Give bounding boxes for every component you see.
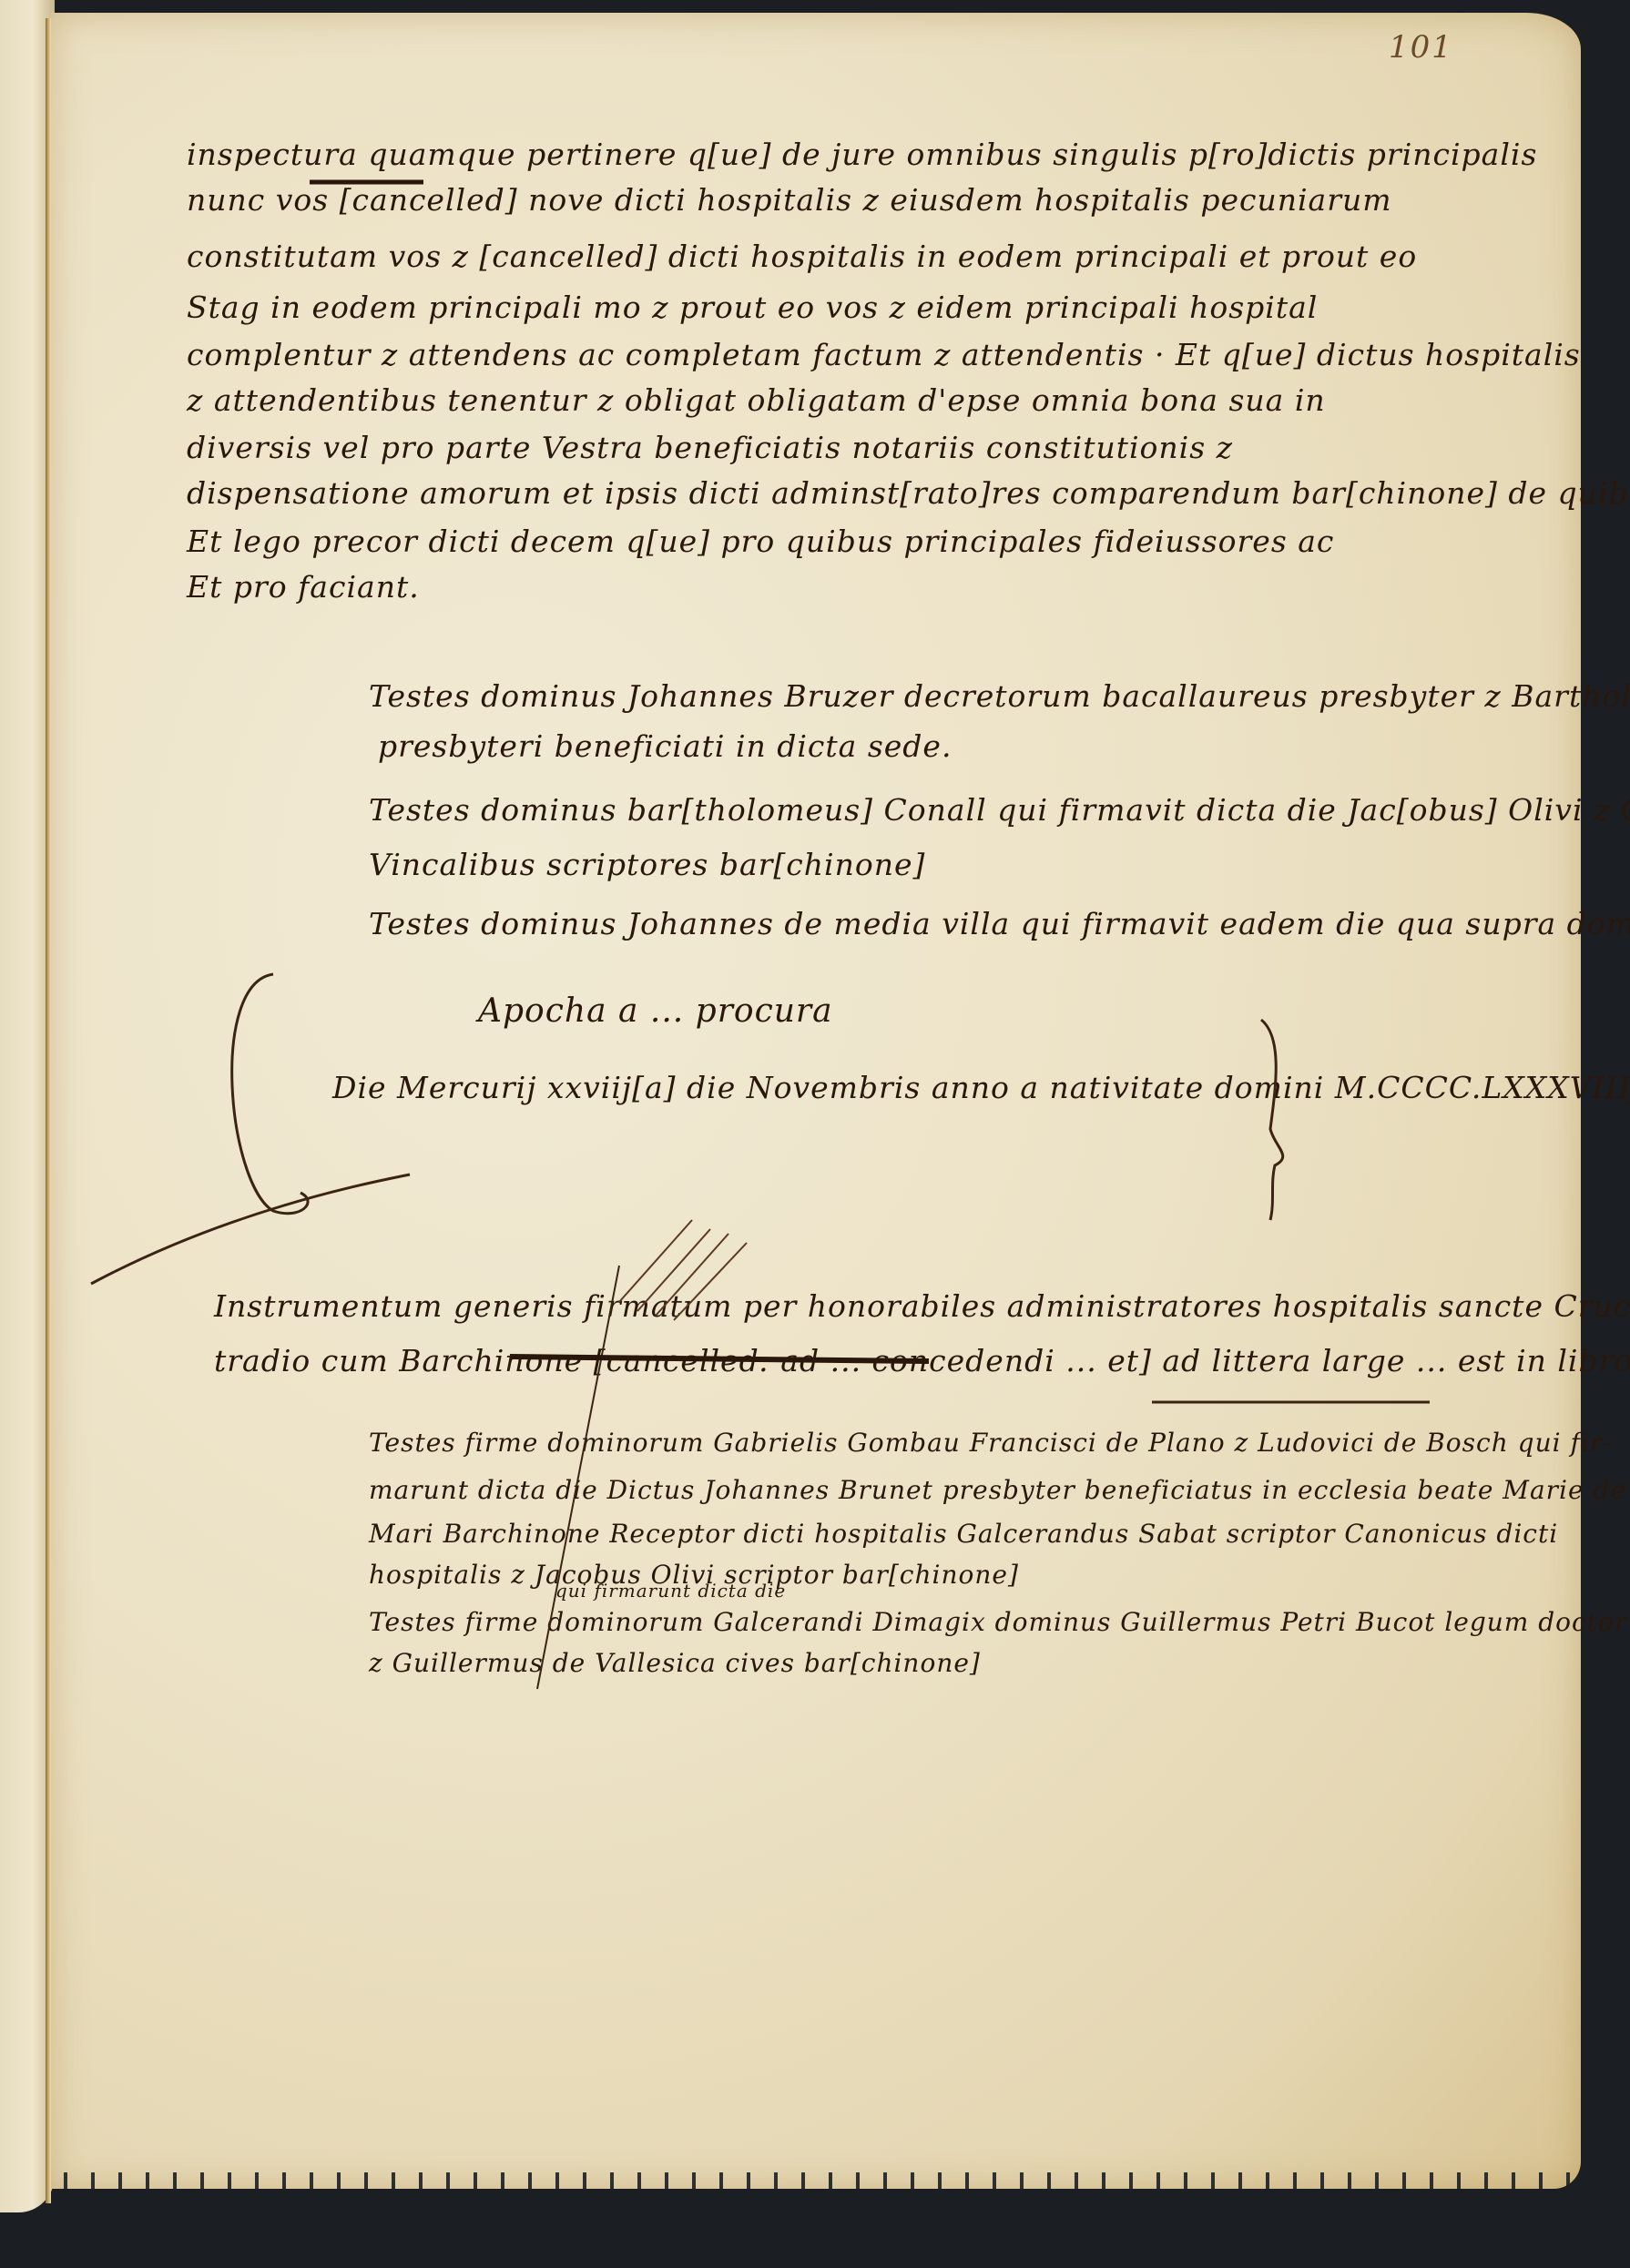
strikethrough-stroke bbox=[510, 1357, 929, 1361]
hatch-strokes bbox=[619, 1220, 747, 1320]
cancellation-stroke bbox=[537, 1266, 619, 1689]
left-bracket-flourish bbox=[232, 974, 308, 1214]
pen-flourishes bbox=[0, 0, 1630, 2268]
diagonal-slash-stroke bbox=[91, 1175, 410, 1284]
right-bracket-flourish bbox=[1261, 1020, 1283, 1220]
